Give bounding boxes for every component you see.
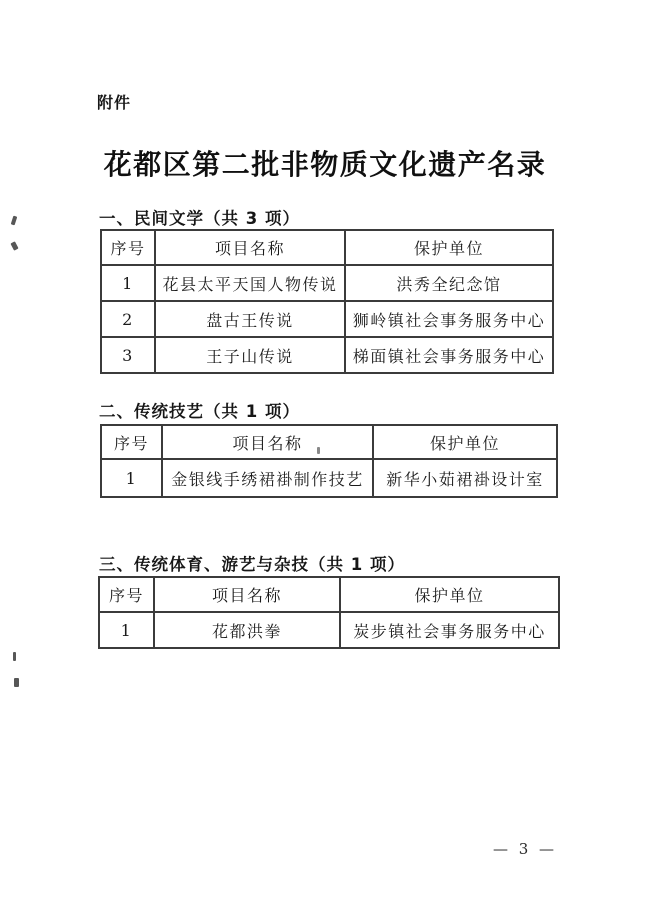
cell-project: 花都洪拳 [154,612,340,648]
document-title: 花都区第二批非物质文化遗产名录 [0,143,650,183]
cell-unit: 梯面镇社会事务服务中心 [345,337,553,373]
section-heading-folk-literature: 一、民间文学（共 3 项） [99,205,300,229]
cell-seq: 2 [101,301,155,337]
scan-artifact [11,216,18,226]
header-cell-seq: 序号 [101,230,155,265]
cell-seq: 3 [101,337,155,373]
table-row: 1 花县太平天国人物传说 洪秀全纪念馆 [101,265,553,301]
cell-unit: 新华小茹裙褂设计室 [373,459,557,497]
table-header-row: 序号 项目名称 保护单位 [101,230,553,265]
scan-artifact [317,447,320,454]
table-row: 2 盘古王传说 狮岭镇社会事务服务中心 [101,301,553,337]
cell-unit: 炭步镇社会事务服务中心 [340,612,559,648]
header-cell-seq: 序号 [101,425,162,459]
section-heading-sports-acrobatics: 三、传统体育、游艺与杂技（共 1 项） [99,551,405,575]
heritage-table-folk-literature: 序号 项目名称 保护单位 1 花县太平天国人物传说 洪秀全纪念馆 2 盘古王传说… [100,229,554,374]
header-cell-unit: 保护单位 [345,230,553,265]
header-cell-unit: 保护单位 [340,577,559,612]
cell-seq: 1 [101,459,162,497]
table-row: 1 金银线手绣裙褂制作技艺 新华小茹裙褂设计室 [101,459,557,497]
page-number: — 3 — [0,840,650,858]
heritage-table-sports-acrobatics: 序号 项目名称 保护单位 1 花都洪拳 炭步镇社会事务服务中心 [98,576,560,649]
cell-project: 王子山传说 [155,337,345,373]
section-heading-traditional-craft: 二、传统技艺（共 1 项） [99,398,300,422]
cell-unit: 狮岭镇社会事务服务中心 [345,301,553,337]
table-row: 1 花都洪拳 炭步镇社会事务服务中心 [99,612,559,648]
heritage-table-traditional-craft: 序号 项目名称 保护单位 1 金银线手绣裙褂制作技艺 新华小茹裙褂设计室 [100,424,558,498]
cell-unit: 洪秀全纪念馆 [345,265,553,301]
table-header-row: 序号 项目名称 保护单位 [101,425,557,459]
scan-artifact [10,241,18,250]
cell-project: 花县太平天国人物传说 [155,265,345,301]
header-cell-seq: 序号 [99,577,154,612]
header-cell-unit: 保护单位 [373,425,557,459]
header-cell-project: 项目名称 [155,230,345,265]
cell-seq: 1 [101,265,155,301]
scan-artifact [14,678,19,687]
cell-seq: 1 [99,612,154,648]
table-header-row: 序号 项目名称 保护单位 [99,577,559,612]
table-row: 3 王子山传说 梯面镇社会事务服务中心 [101,337,553,373]
attachment-label: 附件 [97,90,131,113]
scanned-document-page: 附件 花都区第二批非物质文化遗产名录 一、民间文学（共 3 项） 序号 项目名称… [0,0,650,920]
header-cell-project: 项目名称 [162,425,373,459]
header-cell-project: 项目名称 [154,577,340,612]
cell-project: 盘古王传说 [155,301,345,337]
scan-artifact [13,652,16,661]
cell-project: 金银线手绣裙褂制作技艺 [162,459,373,497]
